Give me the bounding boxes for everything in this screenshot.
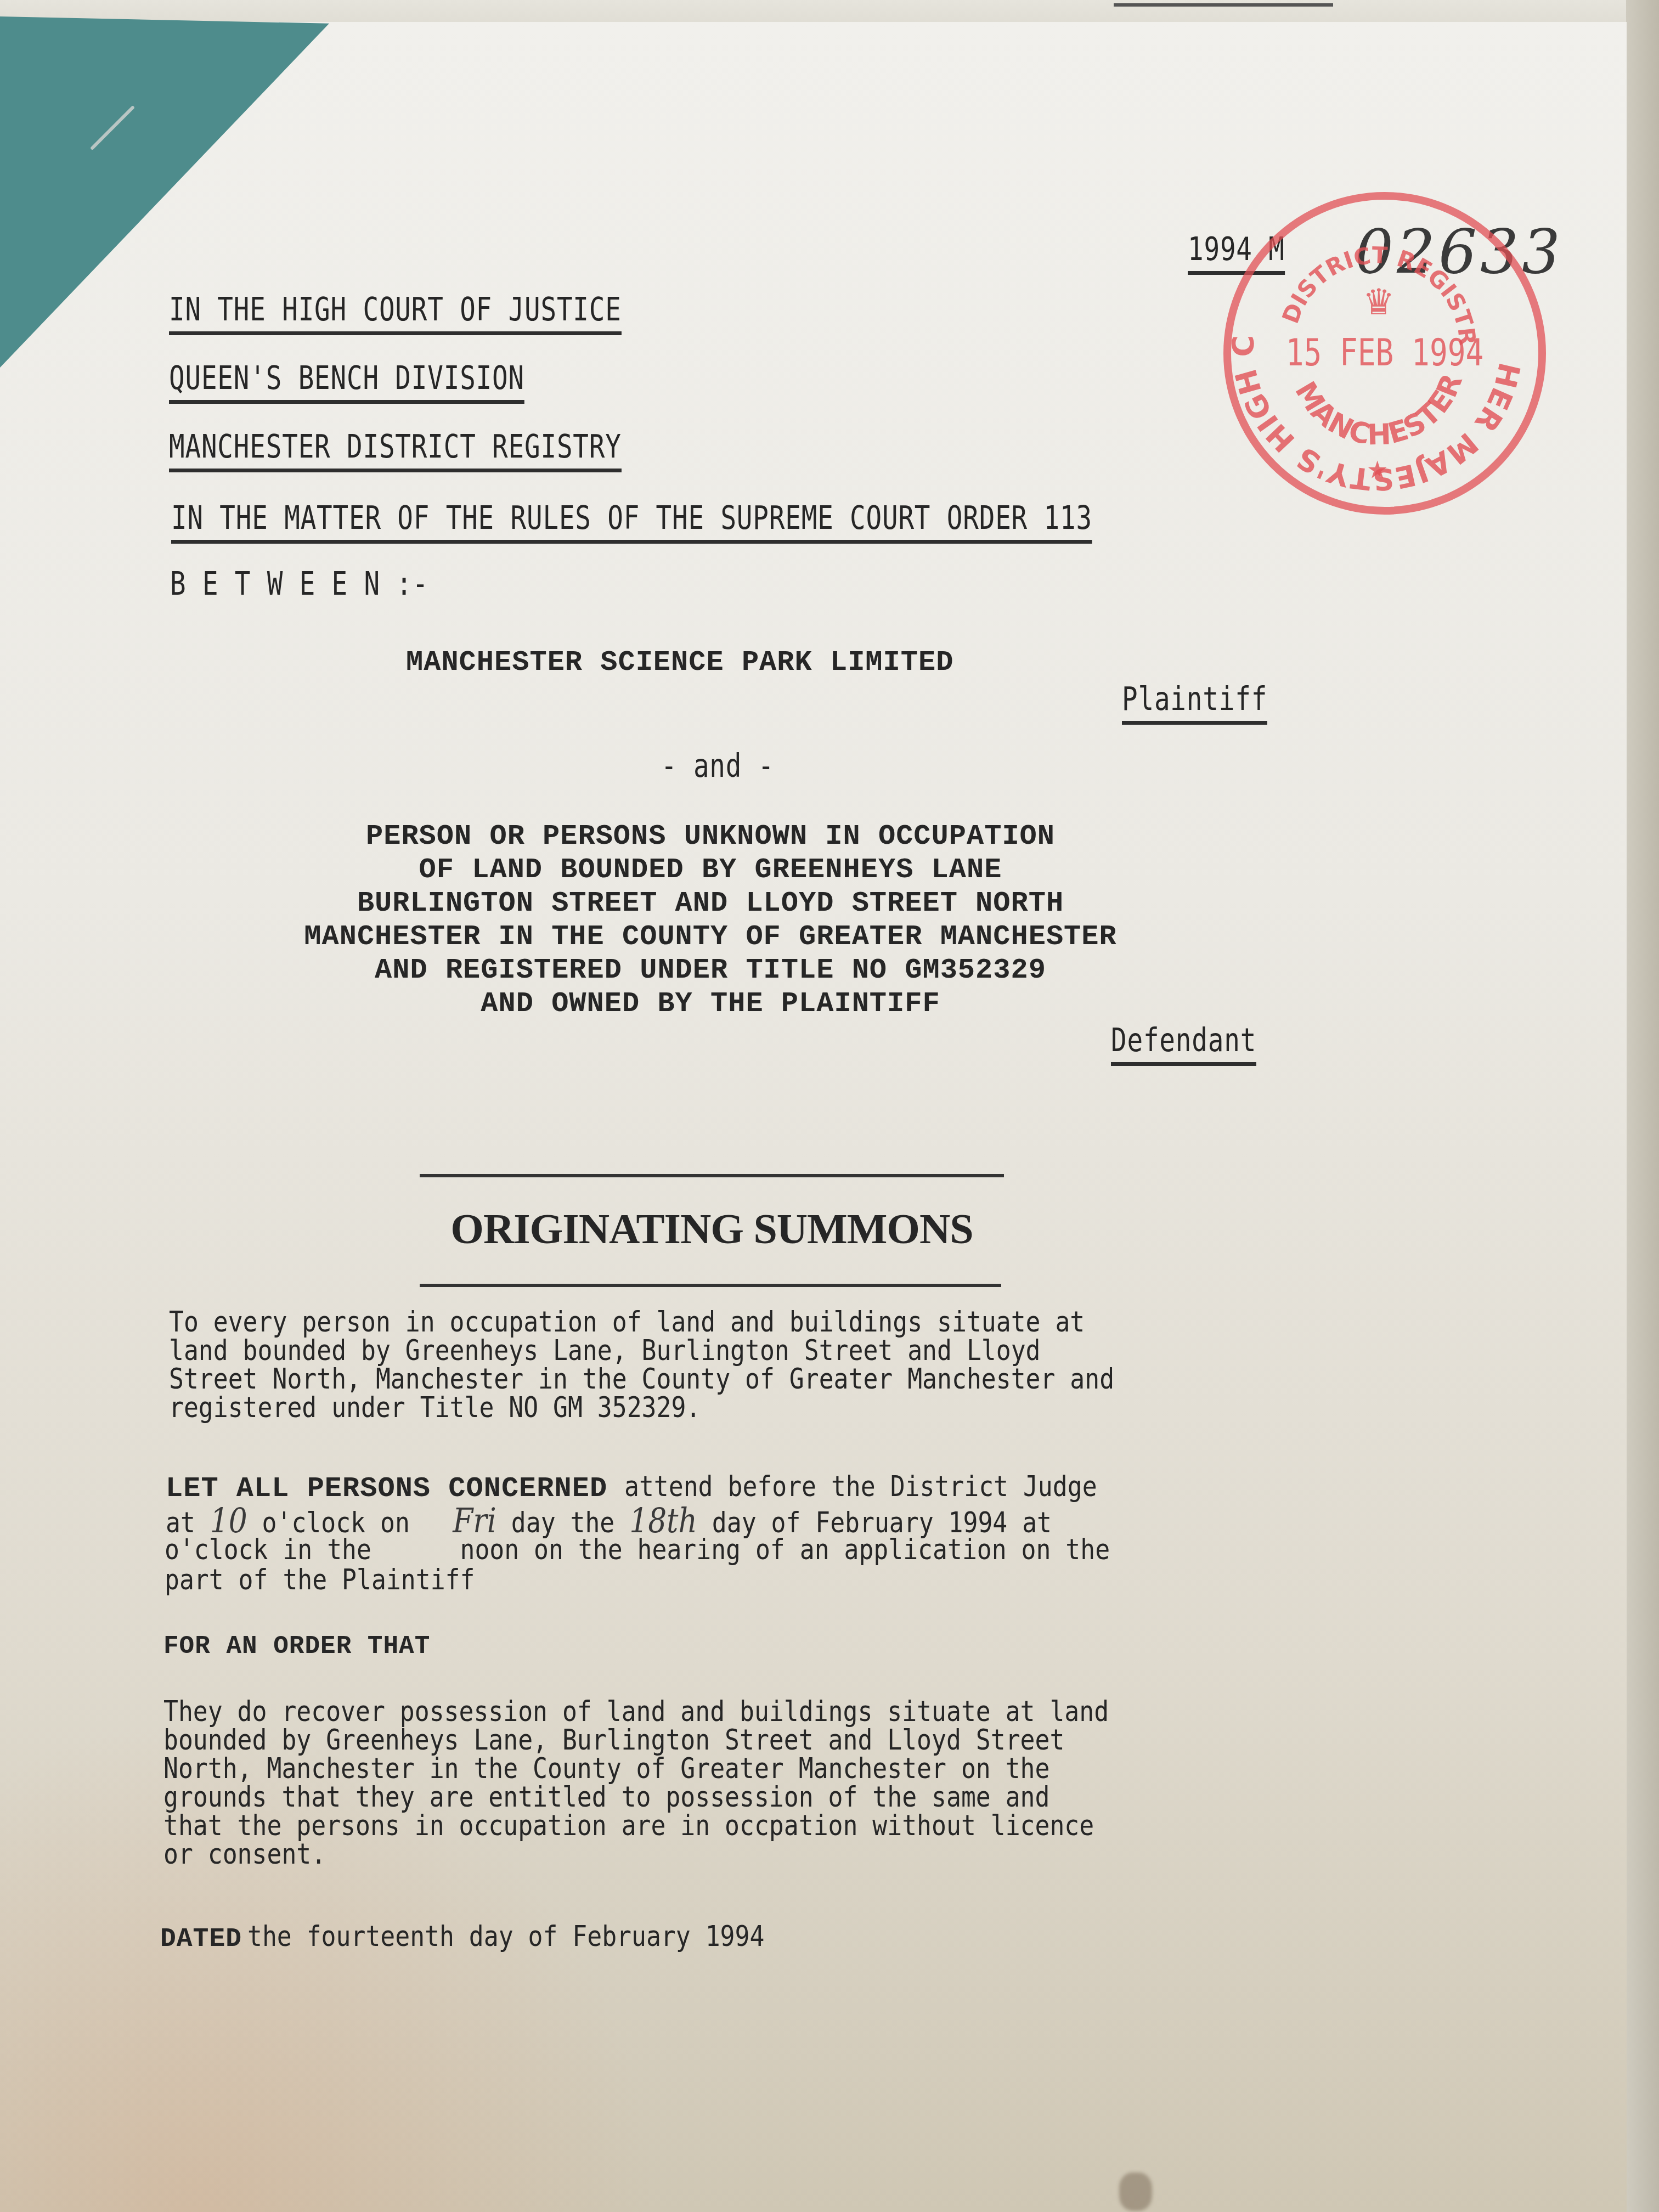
defendant-line: OF LAND BOUNDED BY GREENHEYS LANE — [165, 854, 1256, 886]
attendance-line-4: part of the Plaintiff — [165, 1564, 475, 1596]
plaintiff-name: MANCHESTER SCIENCE PARK LIMITED — [406, 646, 953, 679]
crown-icon: ♛ — [1365, 274, 1392, 325]
paragraph-line: land bounded by Greenheys Lane, Burlingt… — [169, 1334, 1041, 1367]
between-label: B E T W E E N :- — [170, 565, 428, 602]
defendant-role: Defendant — [1111, 1022, 1256, 1066]
court-stamp: HER MAJESTY'S HIGH COURT OF JUSTICE DIST… — [1223, 192, 1546, 515]
defendant-line: AND REGISTERED UNDER TITLE NO GM352329 — [165, 954, 1256, 986]
svg-text:DISTRICT REGISTRY: DISTRICT REGISTRY — [1223, 192, 1481, 346]
paragraph-line: bounded by Greenheys Lane, Burlington St… — [163, 1724, 1064, 1757]
court-header-3: MANCHESTER DISTRICT REGISTRY — [169, 428, 622, 472]
paragraph-line: They do recover possession of land and b… — [163, 1695, 1109, 1728]
defendant-line: PERSON OR PERSONS UNKNOWN IN OCCUPATION — [165, 820, 1256, 853]
stamp-date: 15 FEB 1994 — [1262, 331, 1508, 375]
paragraph-line: grounds that they are entitled to posses… — [163, 1781, 1049, 1814]
attendance-line-1: attend before the District Judge — [624, 1470, 1097, 1503]
plaintiff-role: Plaintiff — [1122, 680, 1267, 725]
document-title: ORIGINATING SUMMONS — [420, 1204, 1004, 1254]
paragraph-line: To every person in occupation of land an… — [169, 1306, 1085, 1339]
star-icon: ★ — [1367, 447, 1387, 487]
svg-text:MANCHESTER: MANCHESTER — [1288, 369, 1469, 452]
paragraph-line: that the persons in occupation are in oc… — [163, 1809, 1094, 1842]
stamp-inner-text: DISTRICT REGISTRY — [1223, 192, 1481, 346]
paper-stain — [1119, 2172, 1152, 2211]
defendant-line: MANCHESTER IN THE COUNTY OF GREATER MANC… — [165, 921, 1256, 953]
originating-summons-document: 1994 M 02633 HER MAJESTY'S HIGH COURT OF… — [0, 0, 1659, 2212]
paragraph-line: registered under Title NO GM 352329. — [169, 1391, 701, 1424]
court-header-2: QUEEN'S BENCH DIVISION — [169, 359, 524, 404]
paragraph-line: North, Manchester in the County of Great… — [163, 1752, 1049, 1785]
title-rule-bottom — [420, 1284, 1001, 1287]
paragraph-line: or consent. — [163, 1838, 326, 1871]
attendance-line-3: o'clock in the noon on the hearing of an… — [165, 1533, 1110, 1566]
paragraph-line: Street North, Manchester in the County o… — [169, 1363, 1114, 1396]
order-heading: FOR AN ORDER THAT — [163, 1632, 430, 1661]
dated-text: the fourteenth day of February 1994 — [247, 1920, 764, 1953]
defendant-line: BURLINGTON STREET AND LLOYD STREET NORTH — [165, 887, 1256, 919]
title-rule-top — [420, 1174, 1004, 1177]
defendant-line: AND OWNED BY THE PLAINTIFF — [165, 988, 1256, 1020]
stamp-city-text: MANCHESTER — [1288, 369, 1469, 452]
court-header-1: IN THE HIGH COURT OF JUSTICE — [169, 291, 622, 335]
dated-label: DATED — [160, 1925, 242, 1954]
and-separator: - and - — [661, 747, 774, 785]
court-header-4: IN THE MATTER OF THE RULES OF THE SUPREM… — [171, 499, 1092, 544]
